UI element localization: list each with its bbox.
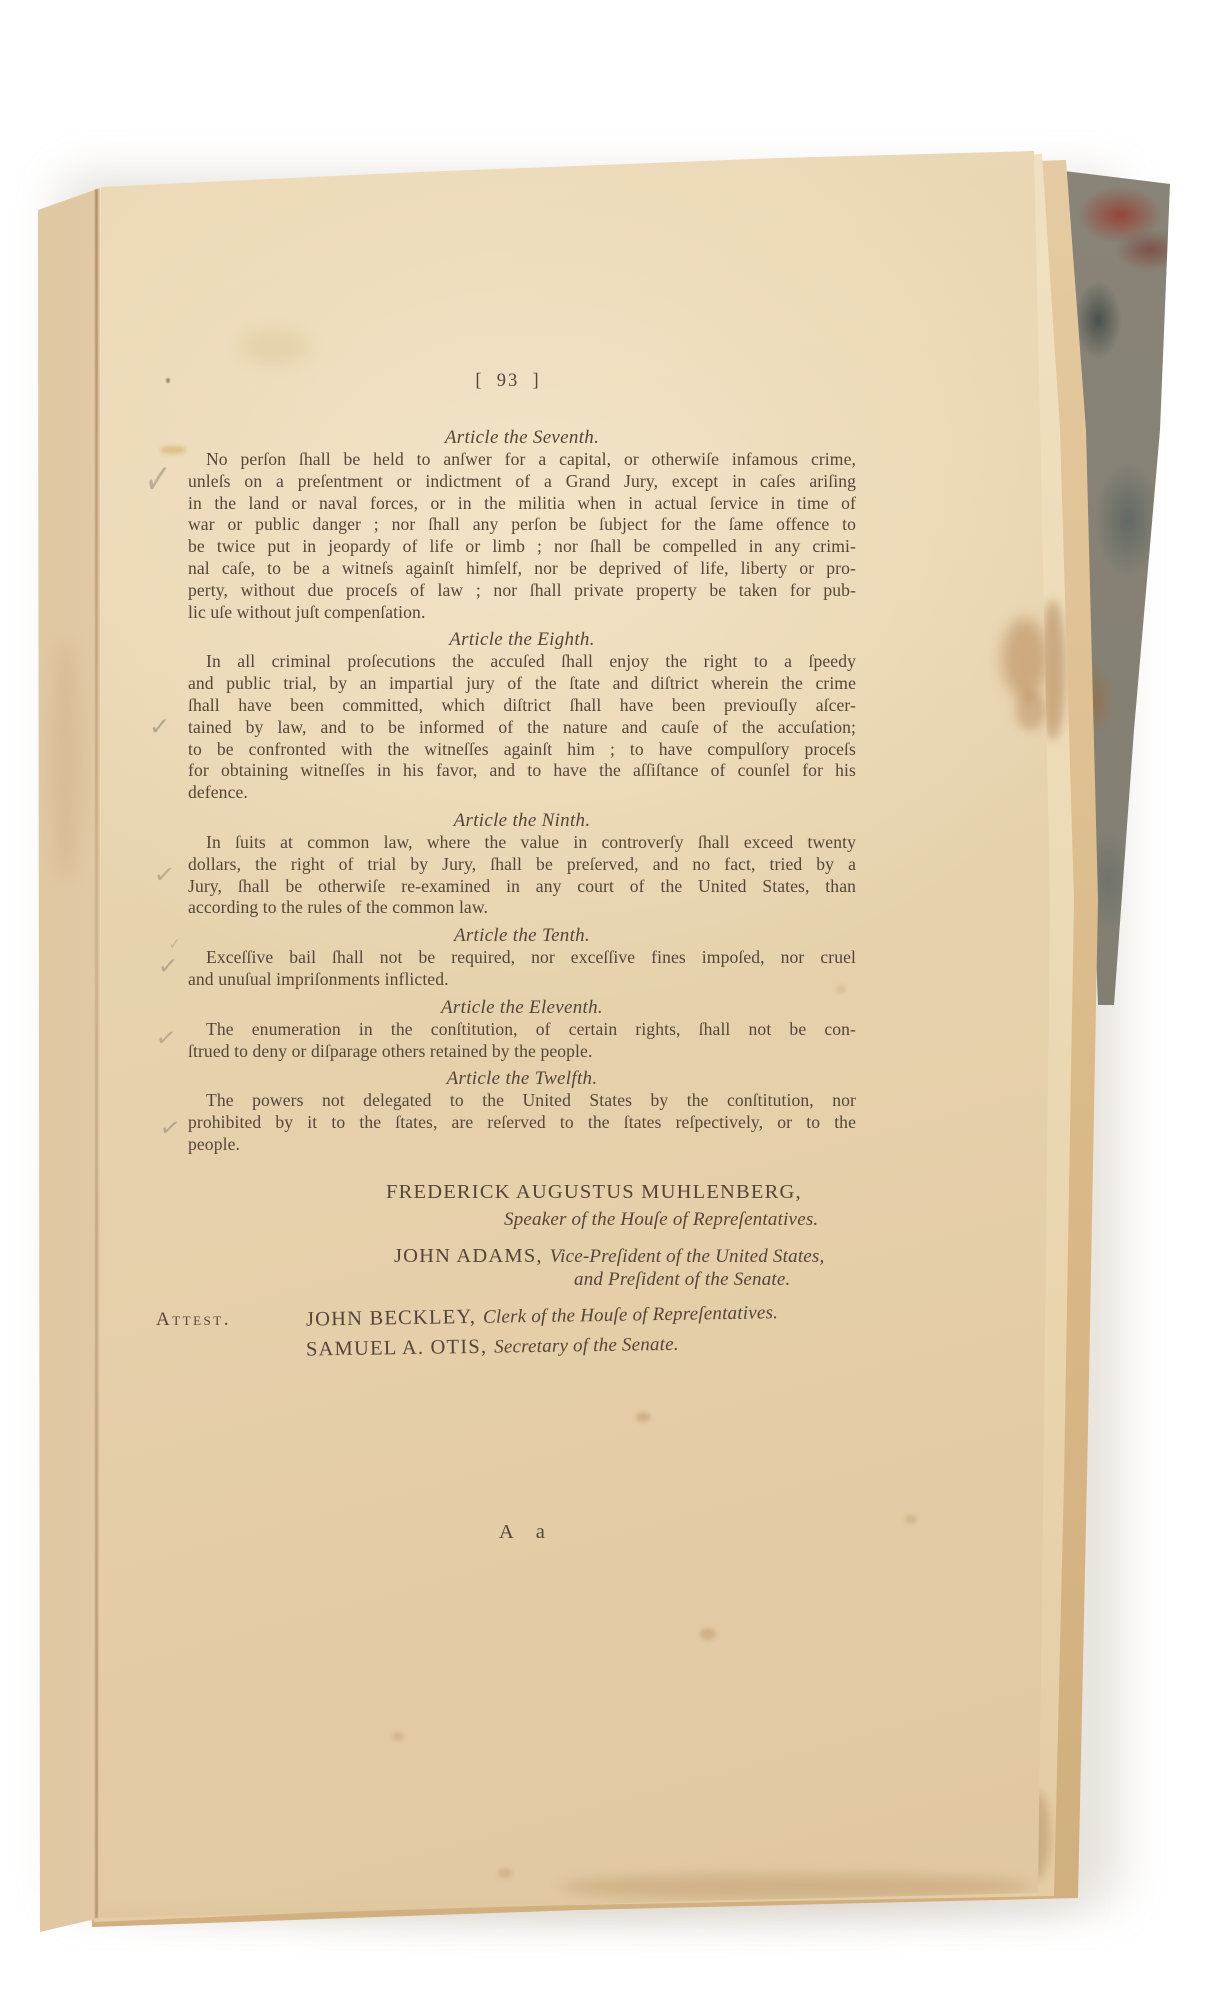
pencil-checkmark-icon: ✓ [167,936,181,953]
text-line: for obtaining witneſſes in his favor, an… [188,760,856,782]
pencil-checkmark-icon: ✓ [153,861,176,888]
text-line: In all criminal proſecutions the accuſed… [188,651,856,673]
text-line: people. [188,1134,856,1156]
printed-text-layer: [ 93 ] Article the Seventh.No perſon ſha… [0,0,1207,2000]
text-line: and public trial, by an impartial jury o… [188,673,856,695]
signature-name-text: JOHN ADAMS, [394,1245,543,1267]
article-heading: Article the Eleventh. [188,996,856,1019]
article-heading: Article the Seventh. [188,426,856,449]
pencil-checkmark-icon: ✓ [154,1025,177,1052]
text-line: perty, without due proceſs of law ; nor … [188,580,856,602]
signature-name-text: SAMUEL A. OTIS, [306,1336,488,1361]
text-line: according to the rules of the common law… [188,897,856,919]
article-heading: Article the Twelfth. [188,1067,856,1090]
text-line: to be confronted with the witneſſes agai… [188,739,856,761]
article-heading: Article the Eighth. [188,628,856,651]
text-line: The powers not delegated to the United S… [188,1090,856,1112]
text-line: nal caſe, to be a witneſs againſt himſel… [188,558,856,580]
attest-label: Attest. [156,1309,231,1331]
signature-otis: SAMUEL A. OTIS,Secretary of the Senate. [282,1315,680,1380]
pencil-checkmark-icon: ✓ [149,714,171,740]
text-line: lic uſe without juſt compenſation. [188,602,856,624]
text-line: unleſs on a preſentment or indictment of… [188,471,856,493]
text-line: and unuſual impriſonments inflicted. [188,969,856,991]
text-line: dollars, the right of trial by Jury, ſha… [188,854,856,876]
printers-signature-mark: A a [499,1521,554,1544]
text-line: be twice put in jeopardy of life or limb… [188,536,856,558]
text-line: Jury, ſhall be otherwiſe re-examined in … [188,876,856,898]
text-line: ſhall have been committed, which diſtric… [188,695,856,717]
text-line: prohibited by it to the ſtates, are reſe… [188,1112,856,1134]
signature-title-text: Secretary of the Senate. [494,1334,679,1358]
photo-white-background: [ 93 ] Article the Seventh.No perſon ſha… [0,0,1207,2000]
text-line: in the land or naval forces, or in the m… [188,493,856,515]
text-line: tained by law, and to be informed of the… [188,717,856,739]
article-heading: Article the Tenth. [188,924,856,947]
pencil-checkmark-icon: ✓ [158,1114,182,1141]
text-line: war or public danger ; nor ſhall any per… [188,514,856,536]
page-number: [ 93 ] [188,371,828,392]
text-line: ſtrued to deny or diſparage others retai… [188,1041,856,1063]
text-line: defence. [188,782,856,804]
text-line: No perſon ſhall be held to anſwer for a … [188,449,856,471]
pencil-checkmark-icon: ✓ [157,953,179,978]
text-line: The enumeration in the conſtitution, of … [188,1019,856,1041]
pencil-checkmark-icon: ✓ [143,458,173,504]
article-heading: Article the Ninth. [188,809,856,832]
text-line: In ſuits at common law, where the value … [188,832,856,854]
text-line: Exceſſive bail ſhall not be required, no… [188,947,856,969]
articles-text-block: Article the Seventh.No perſon ſhall be h… [188,426,856,1156]
